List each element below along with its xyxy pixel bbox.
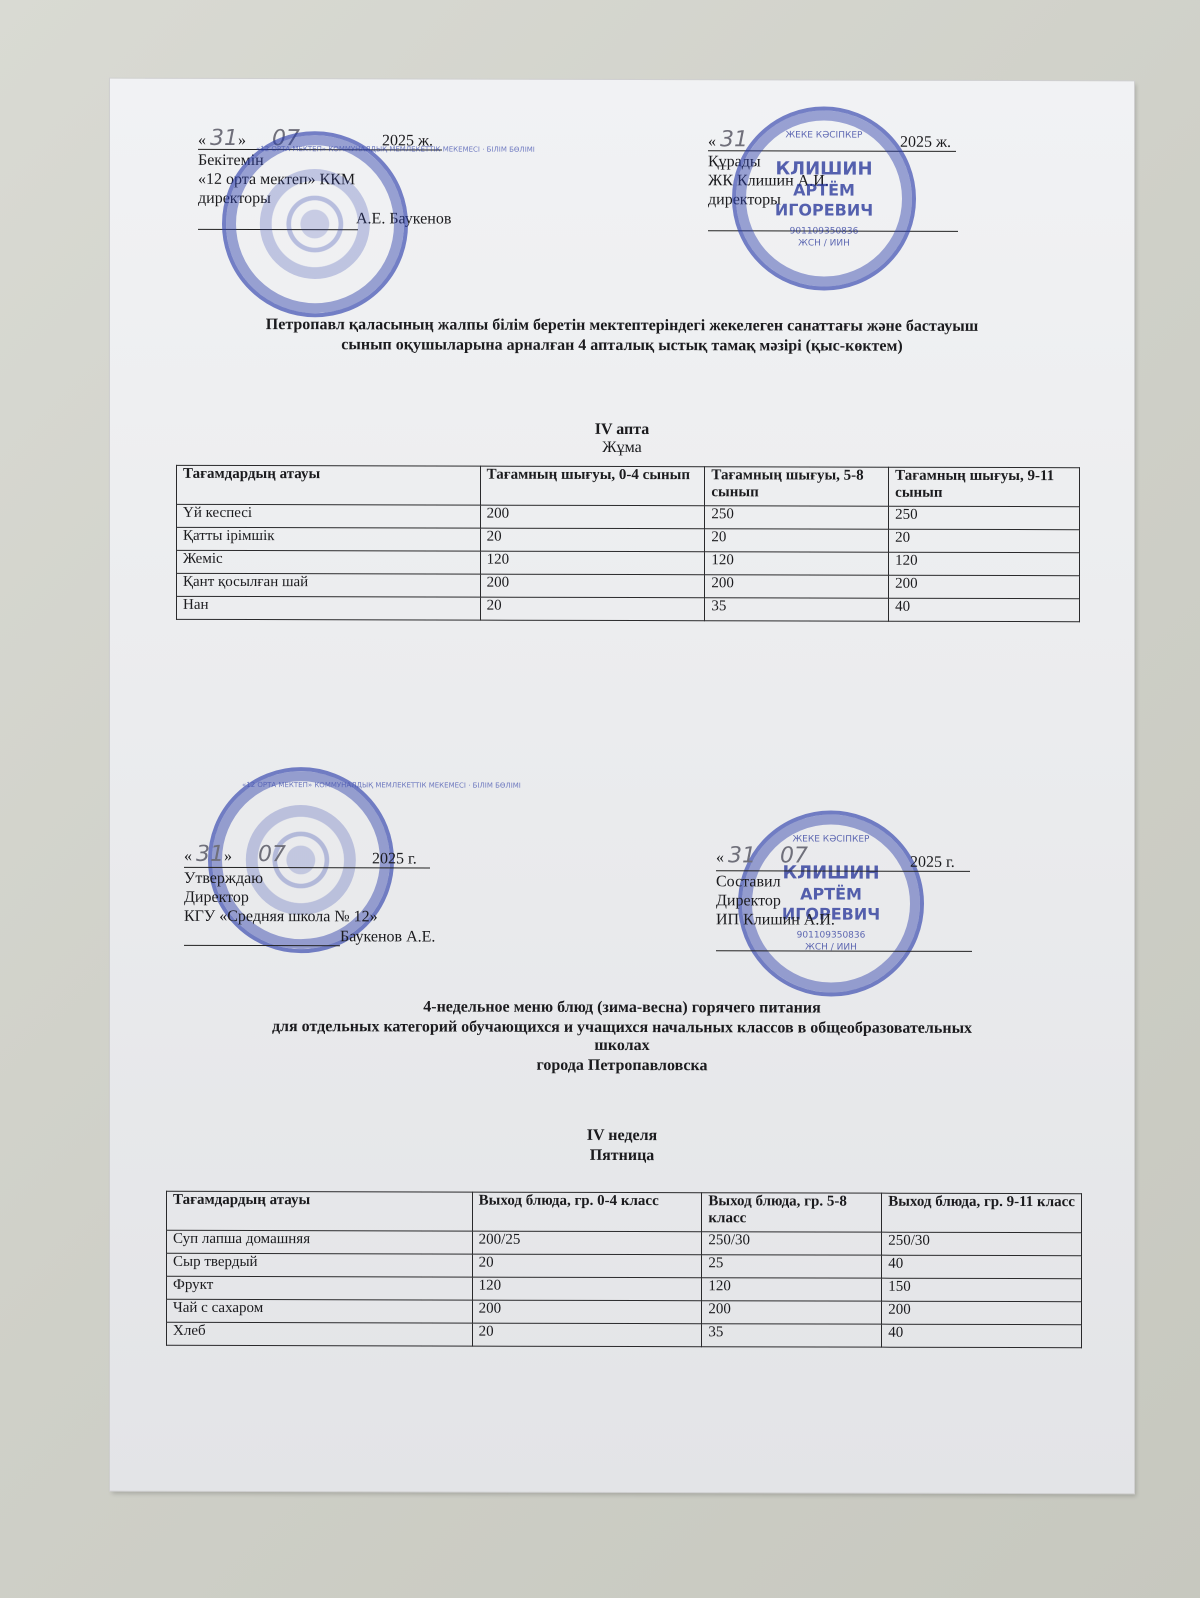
entrepreneur-seal-stamp: ЖЕКЕ КӘСІПКЕР КЛИШИН АРТЁМ ИГОРЕВИЧ 9011… <box>732 106 916 290</box>
date-quote: « <box>708 133 716 150</box>
compiled-org: ИП Клишин А.И. <box>716 910 835 929</box>
portion-cell: 35 <box>702 1324 882 1347</box>
portion-cell: 200 <box>480 505 705 529</box>
column-header: Тағамның шығуы, 9-11 сынып <box>889 467 1080 506</box>
portion-cell: 20 <box>472 1323 702 1347</box>
date-quote: « <box>184 848 192 865</box>
column-header: Тағамдардың атауы <box>167 1191 473 1231</box>
ru-compiled-date: « 31 07 <box>716 846 808 867</box>
date-quote: » <box>224 848 232 865</box>
portion-cell: 20 <box>480 528 705 552</box>
column-header: Тағамның шығуы, 5-8 сынып <box>705 467 889 506</box>
stamp-name: КЛИШИН <box>736 158 912 179</box>
portion-cell: 40 <box>882 1255 1082 1279</box>
stamp-iin: 901109350836 <box>742 930 920 940</box>
portion-cell: 40 <box>889 598 1080 621</box>
compiled-position: Директор <box>716 891 781 910</box>
dish-name-cell: Фрукт <box>167 1276 473 1300</box>
dish-name-cell: Хлеб <box>167 1322 473 1346</box>
kz-document-title: сынып оқушыларына арналған 4 апталық ыст… <box>110 335 1134 358</box>
ru-compiled-block: « 31 07 2025 г. Составил Директор ИП Кли… <box>110 79 1134 82</box>
date-month-handwritten: 07 <box>780 843 808 868</box>
stamp-iin: 901109350836 <box>736 226 912 236</box>
portion-cell: 200/25 <box>472 1231 702 1255</box>
kz-day-label: Жұма <box>110 437 1134 460</box>
kz-menu-table: Тағамдардың атауыТағамның шығуы, 0-4 сын… <box>176 465 1080 622</box>
column-header: Выход блюда, гр. 9-11 класс <box>882 1193 1082 1233</box>
table-header-row: Тағамдардың атауыТағамның шығуы, 0-4 сын… <box>177 465 1080 506</box>
dish-name-cell: Жеміс <box>177 550 481 574</box>
column-header: Выход блюда, гр. 0-4 класс <box>472 1192 702 1232</box>
approval-position: Директор <box>184 888 249 907</box>
portion-cell: 40 <box>882 1324 1082 1348</box>
table-row: Хлеб203540 <box>167 1322 1082 1347</box>
portion-cell: 200 <box>702 1301 882 1324</box>
approval-label: Утверждаю <box>184 869 263 888</box>
ru-day-label: Пятница <box>110 1145 1134 1168</box>
date-quote: » <box>238 132 246 149</box>
stamp-name: АРТЁМ <box>736 180 912 199</box>
ru-document-title: школах <box>110 1035 1134 1058</box>
document-page: « 31» 07 2025 ж. Бекітемін «12 орта мект… <box>110 79 1134 1494</box>
date-quote: « <box>198 132 206 149</box>
approval-signatory: Баукенов А.Е. <box>340 927 435 946</box>
ru-menu-table: Тағамдардың атауыВыход блюда, гр. 0-4 кл… <box>166 1191 1082 1348</box>
table-row: Үй кеспесі200250250 <box>177 504 1080 529</box>
portion-cell: 120 <box>702 1278 882 1301</box>
dish-name-cell: Нан <box>177 596 481 620</box>
dish-name-cell: Үй кеспесі <box>177 504 481 528</box>
portion-cell: 20 <box>889 529 1080 552</box>
ru-approval-year: 2025 г. <box>372 849 417 868</box>
date-day-handwritten: 31 <box>210 126 238 151</box>
compiled-label: Составил <box>716 872 781 891</box>
portion-cell: 35 <box>705 598 889 621</box>
kz-compiled-block: « 31 2025 ж. Құрады ЖК Клишин А.И. дирек… <box>110 79 1134 82</box>
stamp-ring-text: «12 ОРТА МЕКТЕП» КОММУНАЛДЫҚ МЕМЛЕКЕТТІК… <box>242 781 521 790</box>
ru-document-title: города Петропавловска <box>110 1055 1134 1078</box>
date-day-handwritten: 31 <box>728 843 756 868</box>
table-header-row: Тағамдардың атауыВыход блюда, гр. 0-4 кл… <box>167 1191 1082 1232</box>
ru-approval-date: « 31» 07 <box>184 845 286 866</box>
portion-cell: 200 <box>889 575 1080 598</box>
table-row: Нан203540 <box>177 596 1080 621</box>
kz-approval-block: « 31» 07 2025 ж. Бекітемін «12 орта мект… <box>110 79 1134 82</box>
table-row: Суп лапша домашняя200/25250/30250/30 <box>167 1230 1082 1255</box>
table-row: Жеміс120120120 <box>177 550 1080 575</box>
ru-approval-block: « 31» 07 2025 г. Утверждаю Директор КГУ … <box>110 79 1134 82</box>
ru-compiled-year: 2025 г. <box>910 853 955 872</box>
table-row: Сыр твердый202540 <box>167 1253 1082 1278</box>
dish-name-cell: Чай с сахаром <box>167 1299 473 1323</box>
school-seal-stamp: «12 ОРТА МЕКТЕП» КОММУНАЛДЫҚ МЕМЛЕКЕТТІК… <box>222 131 408 317</box>
dish-name-cell: Қатты ірімшік <box>177 527 481 551</box>
dish-name-cell: Суп лапша домашняя <box>167 1230 473 1254</box>
signature-line <box>184 945 340 946</box>
portion-cell: 120 <box>472 1277 702 1301</box>
approval-org: КГУ «Средняя школа № 12» <box>184 907 378 927</box>
dish-name-cell: Қант қосылған шай <box>177 573 481 597</box>
portion-cell: 200 <box>882 1301 1082 1325</box>
portion-cell: 250 <box>889 506 1080 529</box>
portion-cell: 120 <box>889 552 1080 575</box>
date-quote: « <box>716 849 724 866</box>
column-header: Тағамның шығуы, 0-4 сынып <box>480 466 705 506</box>
ru-week-label: IV неделя <box>110 1125 1134 1148</box>
portion-cell: 250 <box>705 506 889 529</box>
portion-cell: 250/30 <box>702 1232 882 1255</box>
date-month-handwritten: 07 <box>258 842 286 867</box>
portion-cell: 120 <box>705 552 889 575</box>
portion-cell: 200 <box>472 1300 702 1324</box>
portion-cell: 150 <box>882 1278 1082 1302</box>
portion-cell: 20 <box>705 529 889 552</box>
portion-cell: 20 <box>472 1254 702 1278</box>
portion-cell: 250/30 <box>882 1232 1082 1256</box>
portion-cell: 25 <box>702 1255 882 1278</box>
stamp-top-text: ЖЕКЕ КӘСІПКЕР <box>736 130 912 140</box>
portion-cell: 200 <box>480 574 705 598</box>
state-emblem-icon <box>260 169 370 280</box>
portion-cell: 120 <box>480 551 705 575</box>
table-row: Фрукт120120150 <box>167 1276 1082 1301</box>
portion-cell: 200 <box>705 575 889 598</box>
kz-document-title: Петропавл қаласының жалпы білім беретін … <box>110 315 1134 338</box>
dish-name-cell: Сыр твердый <box>167 1253 473 1277</box>
ru-document-title: 4-недельное меню блюд (зима-весна) горяч… <box>110 997 1134 1020</box>
table-row: Қатты ірімшік202020 <box>177 527 1080 552</box>
portion-cell: 20 <box>480 597 705 621</box>
stamp-iin-label: ЖСН / ИИН <box>736 238 912 248</box>
table-row: Чай с сахаром200200200 <box>167 1299 1082 1324</box>
date-day-handwritten: 31 <box>196 842 224 867</box>
stamp-ring-text: «12 ОРТА МЕКТЕП» КОММУНАЛДЫҚ МЕМЛЕКЕТТІК… <box>256 145 535 154</box>
column-header: Выход блюда, гр. 5-8 класс <box>702 1193 882 1232</box>
column-header: Тағамдардың атауы <box>177 465 481 505</box>
stamp-top-text: ЖЕКЕ КӘСІПКЕР <box>742 834 920 844</box>
stamp-name: ИГОРЕВИЧ <box>736 200 912 219</box>
table-row: Қант қосылған шай200200200 <box>177 573 1080 598</box>
